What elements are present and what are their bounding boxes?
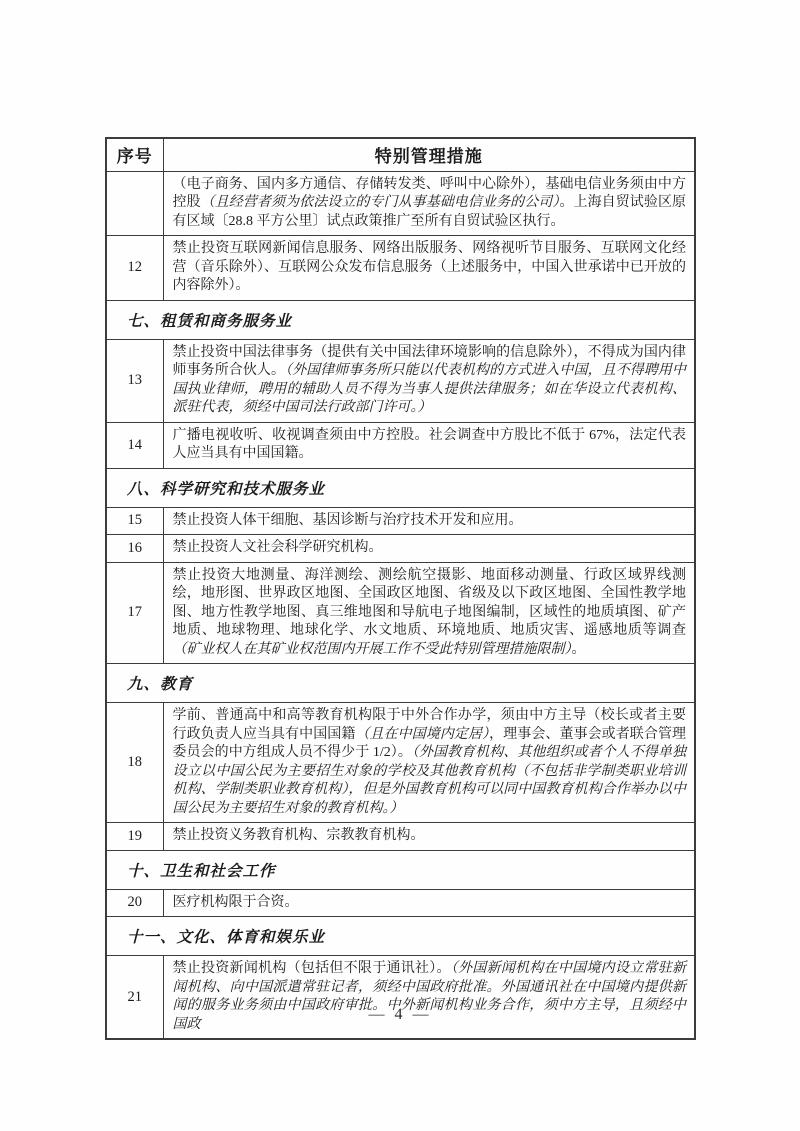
table-header-row: 序号 特别管理措施: [106, 138, 695, 171]
section-title: 十、卫生和社会工作: [106, 850, 695, 889]
table-row-item-17: 17 禁止投资大地测量、海洋测绘、测绘航空摄影、地面移动测量、行政区域界线测绘，…: [106, 562, 695, 664]
measure-segment: 禁止投资人体干细胞、基因诊断与治疗技术开发和应用。: [173, 513, 523, 528]
measure-text: 禁止投资新闻机构（包括但不限于通讯社）。（外国新闻机构在中国境内设立常驻新闻机构…: [163, 956, 695, 1040]
measure-text: 禁止投资人体干细胞、基因诊断与治疗技术开发和应用。: [163, 507, 695, 535]
section-title: 十一、文化、体育和娱乐业: [106, 917, 695, 956]
row-number: 13: [106, 339, 163, 422]
row-number: 21: [106, 956, 163, 1040]
measure-text: 禁止投资互联网新闻信息服务、网络出版服务、网络视听节目服务、互联网文化经营（音乐…: [163, 236, 695, 301]
measure-segment: 医疗机构限于合资。: [173, 895, 299, 910]
table-row-item-15: 15 禁止投资人体干细胞、基因诊断与治疗技术开发和应用。: [106, 507, 695, 535]
measure-text: 学前、普通高中和高等教育机构限于中外合作办学，须由中方主导（校长或者主要行政负责…: [163, 703, 695, 823]
measure-note-segment: （且经营者须为依法设立的专门从事基础电信业务的公司）: [201, 195, 560, 210]
section-row-health-social-work: 十、卫生和社会工作: [106, 850, 695, 889]
row-number: 19: [106, 823, 163, 851]
section-row-leasing-business-services: 七、租赁和商务服务业: [106, 300, 695, 339]
measure-segment: 禁止投资大地测量、海洋测绘、测绘航空摄影、地面移动测量、行政区域界线测绘，地形图…: [173, 568, 687, 639]
measure-text: 广播电视收听、收视调查须由中方控股。社会调查中方股比不低于 67%，法定代表人应…: [163, 422, 695, 468]
row-number: 15: [106, 507, 163, 535]
document-page: 序号 特别管理措施 （电子商务、国内多方通信、存储转发类、呼叫中心除外），基础电…: [0, 0, 800, 1131]
header-special-measures: 特别管理措施: [163, 138, 695, 171]
section-title: 八、科学研究和技术服务业: [106, 468, 695, 507]
row-number: 18: [106, 703, 163, 823]
row-number: [106, 171, 163, 236]
measure-text: 禁止投资义务教育机构、宗教教育机构。: [163, 823, 695, 851]
table-row-item-20: 20 医疗机构限于合资。: [106, 889, 695, 917]
special-measures-table: 序号 特别管理措施 （电子商务、国内多方通信、存储转发类、呼叫中心除外），基础电…: [105, 137, 696, 1040]
measure-note-segment: （矿业权人在其矿业权范围内开展工作不受此特别管理措施限制）: [173, 642, 572, 657]
table-row-item-19: 19 禁止投资义务教育机构、宗教教育机构。: [106, 823, 695, 851]
measure-segment: 。: [572, 642, 586, 657]
section-row-scientific-research-technical-services: 八、科学研究和技术服务业: [106, 468, 695, 507]
row-number: 16: [106, 535, 163, 563]
table-row-item-18: 18 学前、普通高中和高等教育机构限于中外合作办学，须由中方主导（校长或者主要行…: [106, 703, 695, 823]
table-row-item-13: 13 禁止投资中国法律事务（提供有关中国法律环境影响的信息除外），不得成为国内律…: [106, 339, 695, 422]
measure-note-segment: （且在中国境内定居）: [355, 727, 489, 742]
measure-text: 禁止投资人文社会科学研究机构。: [163, 535, 695, 563]
row-number: 14: [106, 422, 163, 468]
measure-segment: 禁止投资互联网新闻信息服务、网络出版服务、网络视听节目服务、互联网文化经营（音乐…: [173, 241, 687, 293]
row-number: 17: [106, 562, 163, 664]
measure-segment: 禁止投资新闻机构（包括但不限于通讯社）。: [173, 961, 451, 976]
table-row-item-21: 21 禁止投资新闻机构（包括但不限于通讯社）。（外国新闻机构在中国境内设立常驻新…: [106, 956, 695, 1040]
table-row-item-16: 16 禁止投资人文社会科学研究机构。: [106, 535, 695, 563]
measure-text: 禁止投资中国法律事务（提供有关中国法律环境影响的信息除外），不得成为国内律师事务…: [163, 339, 695, 422]
measure-segment: 广播电视收听、收视调查须由中方控股。社会调查中方股比不低于 67%，法定代表人应…: [173, 428, 687, 462]
measure-segment: 禁止投资人文社会科学研究机构。: [173, 540, 383, 555]
measure-text: （电子商务、国内多方通信、存储转发类、呼叫中心除外），基础电信业务须由中方控股（…: [163, 171, 695, 236]
section-title: 九、教育: [106, 664, 695, 703]
measure-text: 医疗机构限于合资。: [163, 889, 695, 917]
section-row-education: 九、教育: [106, 664, 695, 703]
measure-segment: 禁止投资义务教育机构、宗教教育机构。: [173, 828, 425, 843]
header-serial-number: 序号: [106, 138, 163, 171]
measure-text: 禁止投资大地测量、海洋测绘、测绘航空摄影、地面移动测量、行政区域界线测绘，地形图…: [163, 562, 695, 664]
table-row-item-12: 12 禁止投资互联网新闻信息服务、网络出版服务、网络视听节目服务、互联网文化经营…: [106, 236, 695, 301]
page-number: — 4 —: [0, 1006, 800, 1024]
table-row-item-14: 14 广播电视收听、收视调查须由中方控股。社会调查中方股比不低于 67%，法定代…: [106, 422, 695, 468]
table-row-item-11-continued: （电子商务、国内多方通信、存储转发类、呼叫中心除外），基础电信业务须由中方控股（…: [106, 171, 695, 236]
row-number: 12: [106, 236, 163, 301]
row-number: 20: [106, 889, 163, 917]
section-row-culture-sports-entertainment: 十一、文化、体育和娱乐业: [106, 917, 695, 956]
section-title: 七、租赁和商务服务业: [106, 300, 695, 339]
